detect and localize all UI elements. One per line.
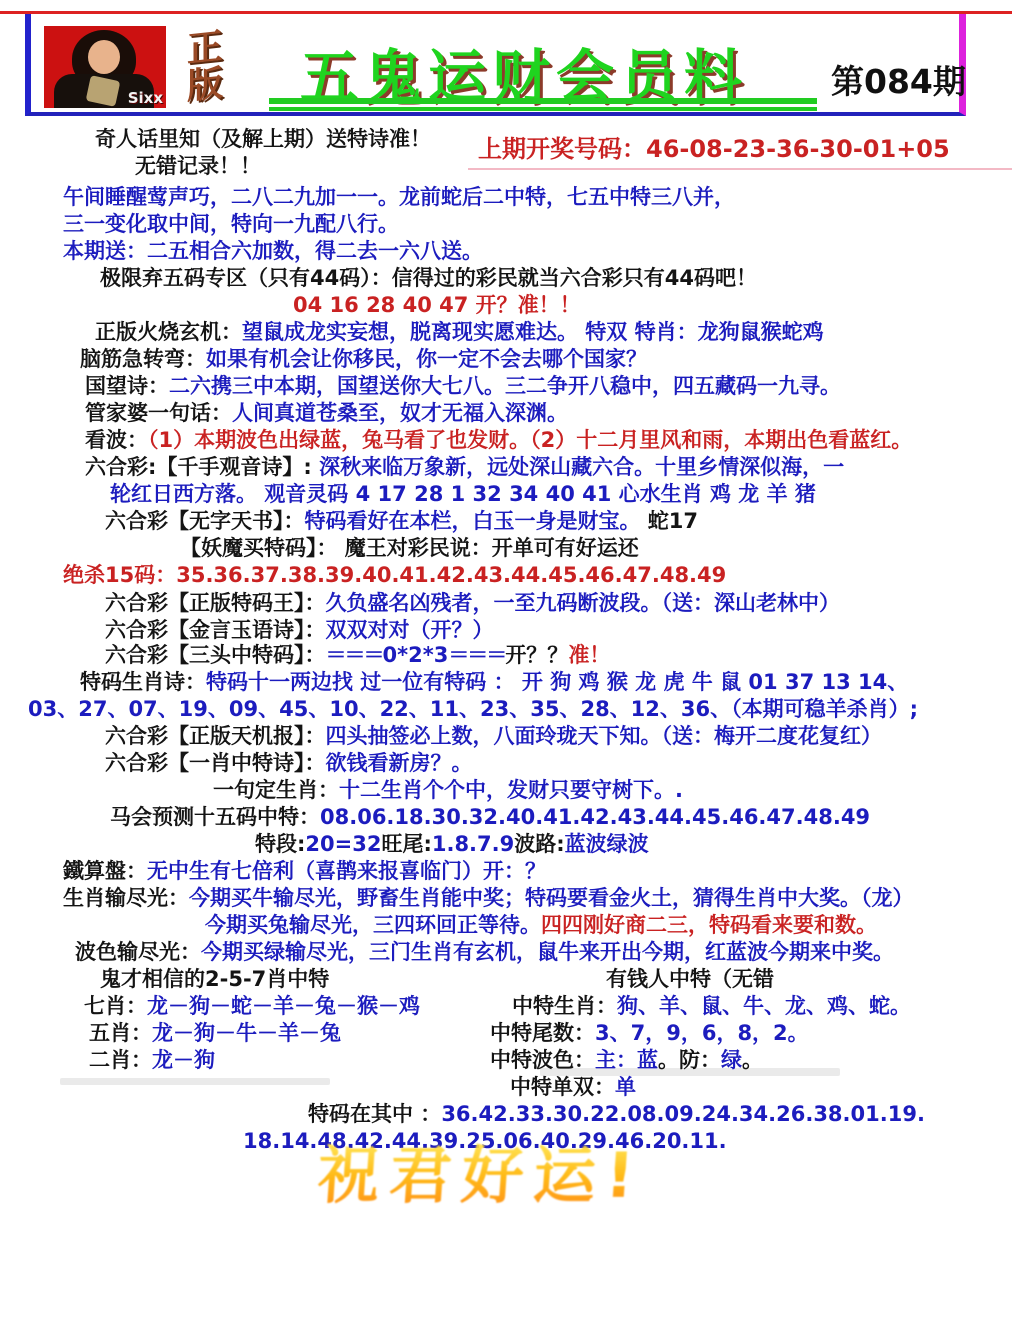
zodiac-poem-1: 特码生肖诗：特码十一两边找 过一位有特码 ： 开 狗 鸡 猴 龙 虎 牛 鼠 0… bbox=[80, 671, 908, 694]
tip-sheet-page: Sixx 正 版 五鬼运财会员料 第084期 奇人话里知（及解上期）送特诗准！无… bbox=[0, 0, 1012, 1321]
text-segment: 极限弃五码专区（只有44码）：信得过的彩民就当六合彩只有44码吧！ bbox=[100, 266, 757, 290]
text-segment: 中特单双： bbox=[510, 1075, 615, 1099]
text-segment: 特码在其中 ： bbox=[308, 1102, 441, 1126]
one-zodiac-poem: 六合彩【一肖中特诗】：欲钱看新房？。 bbox=[105, 752, 473, 775]
text-segment: 午间睡醒莺声巧，二八二九加一一。龙前蛇后二中特，七五中特三八并， bbox=[63, 185, 735, 209]
text-segment: 绿 bbox=[721, 1048, 742, 1072]
current-issue-gift: 本期送：二五相合六加数，得二去一六八送。 bbox=[63, 240, 483, 263]
iron-abacus: 鐵算盤：无中生有七倍利（喜鹊来报喜临门）开：？ bbox=[63, 860, 546, 883]
rich-man-title: 有钱人中特（无错 bbox=[606, 968, 774, 991]
discard-5-codes: 04 16 28 40 47 开？准！！ bbox=[293, 294, 581, 317]
golden-words-poem: 六合彩【金言玉语诗】：双双对对（开？） bbox=[105, 619, 494, 642]
text-segment: 十二生肖个个中，发财只要守树下。. bbox=[339, 778, 683, 802]
text-segment: 今期买兔输尽光，三四环回正等待。 bbox=[205, 913, 541, 937]
text-segment: 特码看好在本栏，白玉一身是财宝。 bbox=[305, 509, 641, 533]
limit-44-zone: 极限弃五码专区（只有44码）：信得过的彩民就当六合彩只有44码吧！ bbox=[100, 267, 757, 290]
text-segment: 特段: bbox=[255, 832, 305, 856]
text-segment: 六合彩:【千手观音诗】: bbox=[85, 455, 319, 479]
hit-odd-even: 中特单双：单 bbox=[510, 1076, 636, 1099]
text-segment: 03、27、07、19、09、45、10、22、11、23、35、28、12、3… bbox=[28, 697, 918, 721]
text-segment: 【妖魔买特码】： 魔王对彩民说：开单可有好运还 bbox=[180, 536, 639, 560]
intro-line-2: 无错记录！！ bbox=[135, 155, 261, 178]
prev-draw-underline bbox=[468, 168, 1012, 170]
brain-teaser: 脑筋急转弯：如果有机会让你移民，你一定不会去哪个国家？ bbox=[80, 348, 647, 371]
text-segment: 。 bbox=[742, 1048, 763, 1072]
special-code-king: 六合彩【正版特码王】：久负盛名凶残者，一至九码断波段。（送：深山老林中） bbox=[105, 592, 840, 615]
text-segment: 04 16 28 40 47 开？准！！ bbox=[293, 293, 581, 317]
fire-mystery: 正版火烧玄机：望鼠成龙实妄想，脱离现实愿难达。 特双 特肖：龙狗鼠猴蛇鸡 bbox=[95, 321, 824, 344]
demon-special-code: 【妖魔买特码】： 魔王对彩民说：开单可有好运还 bbox=[180, 537, 639, 560]
host-photo: Sixx bbox=[44, 26, 166, 108]
guanjiapo-line: 管家婆一句话：人间真道苍桑至，奴才无福入深渊。 bbox=[85, 402, 568, 425]
text-segment: 一句定生肖： bbox=[213, 778, 339, 802]
text-segment: 主：蓝 bbox=[595, 1048, 658, 1072]
text-segment: 0*2*3 bbox=[383, 643, 449, 667]
text-segment: 狗、羊、鼠、牛、龙、鸡、蛇。 bbox=[617, 994, 911, 1018]
zodiac-lose-all-2: 今期买兔输尽光，三四环回正等待。四四刚好商二三，特码看来要和数。 bbox=[205, 914, 877, 937]
text-segment: 二肖： bbox=[89, 1048, 152, 1072]
zodiac-poem-2: 03、27、07、19、09、45、10、22、11、23、35、28、12、3… bbox=[28, 698, 918, 721]
text-segment: 欲钱看新房？。 bbox=[326, 751, 473, 775]
intro-line-1: 奇人话里知（及解上期）送特诗准！ bbox=[95, 128, 431, 151]
text-segment: 脑筋急转弯： bbox=[80, 347, 206, 371]
code-within-1: 特码在其中 ：36.42.33.30.22.08.09.24.34.26.38.… bbox=[308, 1103, 925, 1126]
text-segment: 无错记录！！ bbox=[135, 154, 261, 178]
text-segment: 如果有机会让你移民，你一定不会去哪个国家？ bbox=[206, 347, 647, 371]
photo-face bbox=[88, 40, 120, 74]
text-segment: ＝＝＝ bbox=[448, 643, 505, 667]
text-segment: 本期送：二五相合六加数，得二去一六八送。 bbox=[63, 239, 483, 263]
text-segment: 单 bbox=[615, 1075, 636, 1099]
special-segment: 特段:20=32旺尾:1.8.7.9波路:蓝波绿波 bbox=[255, 833, 649, 856]
text-segment: 二六携三中本期，国望送你大七八。三二争开八稳中，四五藏码一九寻。 bbox=[169, 374, 841, 398]
text-segment: 特码生肖诗： bbox=[80, 670, 206, 694]
text-segment: 轮红日西方落。 观音灵码 4 17 28 1 32 34 40 41 心水生肖 … bbox=[110, 482, 816, 506]
text-segment: 六合彩【三头中特码】： bbox=[105, 643, 326, 667]
text-segment: 有钱人中特（无错 bbox=[606, 967, 774, 991]
text-segment: 望鼠成龙实妄想，脱离现实愿难达。 特双 特肖：龙狗鼠猴蛇鸡 bbox=[242, 320, 824, 344]
text-segment: 龙－狗－牛－羊－兔 bbox=[152, 1021, 341, 1045]
title-underline bbox=[269, 98, 817, 104]
text-segment: 七肖： bbox=[84, 994, 147, 1018]
wave-tips: 看波：（1）本期波色出绿蓝，兔马看了也发财。（2）十二月里风和雨，本期出色看蓝红… bbox=[85, 429, 912, 452]
scan-ghost-mark bbox=[60, 1078, 330, 1085]
color-lose-all: 波色输尽光：今期买绿输尽光，三门生肖有玄机，鼠牛来开出今期，红蓝波今期来中奖。 bbox=[75, 941, 894, 964]
text-segment: 开？？ bbox=[505, 643, 568, 667]
title-underline bbox=[269, 107, 817, 111]
text-segment: 龙－狗－蛇－羊－兔－猴－鸡 bbox=[147, 994, 420, 1018]
hk-15-codes: 马会预测十五码中特：08.06.18.30.32.40.41.42.43.44.… bbox=[110, 806, 870, 829]
text-segment: 蛇17 bbox=[641, 509, 699, 533]
text-segment: （1）本期波色出绿蓝，兔马看了也发财。（2）十二月里风和雨，本期出色看蓝红。 bbox=[148, 428, 912, 452]
text-segment: 旺尾: bbox=[381, 832, 431, 856]
wordless-book: 六合彩【无字天书】：特码看好在本栏，白玉一身是财宝。 蛇17 bbox=[105, 510, 698, 533]
two-zodiac: 二肖：龙－狗 bbox=[89, 1049, 215, 1072]
text-segment: 国望诗： bbox=[85, 374, 169, 398]
text-segment: 龙－狗 bbox=[152, 1048, 215, 1072]
brand-vertical-label: 正 版 bbox=[183, 28, 227, 111]
text-segment: 1.8.7.9 bbox=[432, 832, 514, 856]
text-segment: 准！ bbox=[568, 643, 610, 667]
ghost-believe-title: 鬼才相信的2-5-7肖中特 bbox=[100, 968, 329, 991]
text-segment: 鐵算盤： bbox=[63, 859, 147, 883]
seven-zodiac: 七肖：龙－狗－蛇－羊－兔－猴－鸡 bbox=[84, 995, 420, 1018]
text-segment: 四头抽签必上数，八面玲珑天下知。（送：梅开二度花复红） bbox=[326, 724, 883, 748]
text-segment: 管家婆一句话： bbox=[85, 401, 232, 425]
prev-draw-numbers: 上期开奖号码：46-08-23-36-30-01+05 bbox=[478, 136, 950, 162]
text-segment: 波路: bbox=[514, 832, 564, 856]
hit-wave-color: 中特波色：主：蓝。防：绿。 bbox=[490, 1049, 763, 1072]
heaven-report: 六合彩【正版天机报】：四头抽签必上数，八面玲珑天下知。（送：梅开二度花复红） bbox=[105, 725, 882, 748]
text-segment: 六合彩【无字天书】： bbox=[105, 509, 305, 533]
issue-number: 第084期 bbox=[831, 56, 966, 103]
text-segment: 四四刚好商二三，特码看来要和数。 bbox=[541, 913, 877, 937]
text-segment: 六合彩【正版天机报】： bbox=[105, 724, 326, 748]
text-segment: 。防： bbox=[658, 1048, 721, 1072]
text-segment: 绝杀15码：35.36.37.38.39.40.41.42.43.44.45.4… bbox=[63, 563, 726, 587]
hit-zodiac: 中特生肖：狗、羊、鼠、牛、龙、鸡、蛇。 bbox=[512, 995, 911, 1018]
text-segment: 20=32 bbox=[305, 832, 381, 856]
text-segment: 六合彩【正版特码王】： bbox=[105, 591, 326, 615]
text-segment: 马会预测十五码中特： bbox=[110, 805, 320, 829]
text-segment: 正版火烧玄机： bbox=[95, 320, 242, 344]
hit-tail-numbers: 中特尾数：3、7，9，6，8，2。 bbox=[490, 1022, 809, 1045]
guanyin-poem-2: 轮红日西方落。 观音灵码 4 17 28 1 32 34 40 41 心水生肖 … bbox=[110, 483, 816, 506]
kill-15-codes: 绝杀15码：35.36.37.38.39.40.41.42.43.44.45.4… bbox=[63, 564, 726, 587]
header-box: Sixx 正 版 五鬼运财会员料 第084期 bbox=[25, 14, 966, 116]
poem-line-1: 午间睡醒莺声巧，二八二九加一一。龙前蛇后二中特，七五中特三八并， bbox=[63, 186, 735, 209]
text-segment: 三一变化取中间，特向一九配八行。 bbox=[63, 212, 399, 236]
text-segment: 中特尾数： bbox=[490, 1021, 595, 1045]
text-segment: 上期开奖号码：46-08-23-36-30-01+05 bbox=[478, 135, 950, 163]
three-heads-code: 六合彩【三头中特码】：＝＝＝0*2*3＝＝＝开？？准！ bbox=[105, 644, 610, 667]
text-segment: 人间真道苍桑至，奴才无福入深渊。 bbox=[232, 401, 568, 425]
five-zodiac: 五肖：龙－狗－牛－羊－兔 bbox=[89, 1022, 341, 1045]
text-segment: ＝＝＝ bbox=[326, 643, 383, 667]
photo-caption: Sixx bbox=[128, 89, 163, 107]
text-segment: 深秋来临万象新，远处深山藏六合。十里乡情深似海，一 bbox=[319, 455, 844, 479]
text-segment: 特码十一两边找 过一位有特码 ： 开 狗 鸡 猴 龙 虎 牛 鼠 01 37 1… bbox=[206, 670, 908, 694]
text-segment: 08.06.18.30.32.40.41.42.43.44.45.46.47.4… bbox=[320, 805, 870, 829]
text-segment: 3、7，9，6，8，2。 bbox=[595, 1021, 809, 1045]
guowang-poem: 国望诗：二六携三中本期，国望送你大七八。三二争开八稳中，四五藏码一九寻。 bbox=[85, 375, 841, 398]
text-segment: 中特生肖： bbox=[512, 994, 617, 1018]
text-segment: 看波： bbox=[85, 428, 148, 452]
text-segment: 蓝波绿波 bbox=[565, 832, 649, 856]
text-segment: 生肖输尽光： bbox=[63, 886, 189, 910]
text-segment: 今期买牛输尽光，野畜生肖能中奖；特码要看金火土，猜得生肖中大奖。（龙） bbox=[189, 886, 914, 910]
zodiac-lose-all-1: 生肖输尽光：今期买牛输尽光，野畜生肖能中奖；特码要看金火土，猜得生肖中大奖。（龙… bbox=[63, 887, 914, 910]
text-segment: 双双对对（开？） bbox=[326, 618, 494, 642]
text-segment: 今期买绿输尽光，三门生肖有玄机，鼠牛来开出今期，红蓝波今期来中奖。 bbox=[201, 940, 894, 964]
text-segment: 奇人话里知（及解上期）送特诗准！ bbox=[95, 127, 431, 151]
text-segment: 36.42.33.30.22.08.09.24.34.26.38.01.19. bbox=[441, 1102, 925, 1126]
poem-line-2: 三一变化取中间，特向一九配八行。 bbox=[63, 213, 399, 236]
guanyin-poem-1: 六合彩:【千手观音诗】: 深秋来临万象新，远处深山藏六合。十里乡情深似海，一 bbox=[85, 456, 844, 479]
text-segment: 中特波色： bbox=[490, 1048, 595, 1072]
text-segment: 波色输尽光： bbox=[75, 940, 201, 964]
good-luck-watermark: 祝君好运! bbox=[315, 1126, 648, 1215]
text-segment: 久负盛名凶残者，一至九码断波段。（送：深山老林中） bbox=[326, 591, 841, 615]
text-segment: 五肖： bbox=[89, 1021, 152, 1045]
text-segment: 鬼才相信的2-5-7肖中特 bbox=[100, 967, 329, 991]
one-line-zodiac: 一句定生肖：十二生肖个个中，发财只要守树下。. bbox=[213, 779, 683, 802]
text-segment: 六合彩【金言玉语诗】： bbox=[105, 618, 326, 642]
text-segment: 六合彩【一肖中特诗】： bbox=[105, 751, 326, 775]
text-segment: 无中生有七倍利（喜鹊来报喜临门）开：？ bbox=[147, 859, 546, 883]
